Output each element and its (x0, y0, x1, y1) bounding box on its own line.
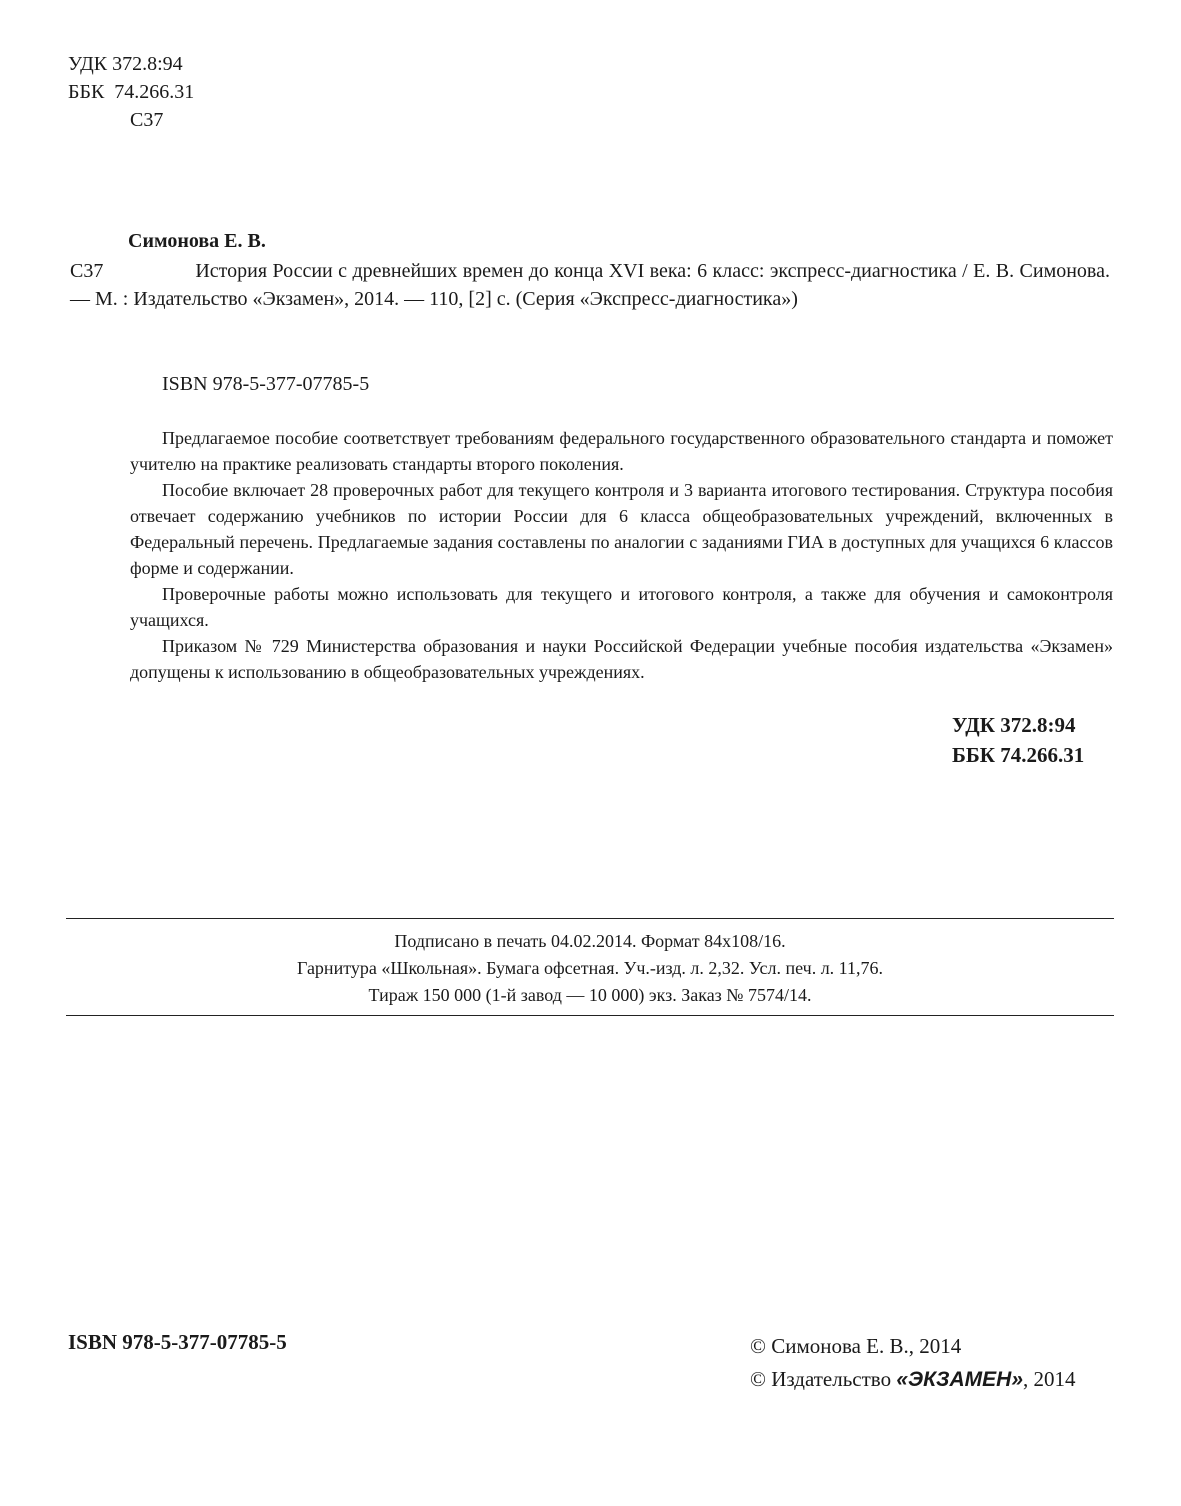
imprint-line: Гарнитура «Школьная». Бумага офсетная. У… (66, 955, 1114, 982)
bbk-code-bold: ББК 74.266.31 (952, 740, 1084, 770)
copyright-publisher: © Издательство «ЭКЗАМЕН», 2014 (750, 1363, 1076, 1396)
annotation: Предлагаемое пособие соответствует требо… (130, 425, 1113, 685)
record-description: История России с древнейших времен до ко… (70, 260, 1110, 310)
isbn-record: ISBN 978-5-377-07785-5 (162, 373, 369, 396)
classification-codes-top: УДК 372.8:94 ББК 74.266.31 С37 (68, 50, 194, 134)
copyright-author: © Симонова Е. В., 2014 (750, 1330, 1076, 1363)
bbk-code: ББК 74.266.31 (68, 78, 194, 106)
annotation-paragraph: Пособие включает 28 проверочных работ дл… (130, 477, 1113, 581)
publisher-brand: «ЭКЗАМЕН» (896, 1368, 1023, 1391)
imprint-block: Подписано в печать 04.02.2014. Формат 84… (66, 928, 1114, 1009)
divider-bottom (66, 1015, 1114, 1016)
isbn-footer: ISBN 978-5-377-07785-5 (68, 1330, 287, 1355)
author-heading: Симонова Е. В. (128, 230, 266, 253)
imprint-line: Подписано в печать 04.02.2014. Формат 84… (66, 928, 1114, 955)
imprint-line: Тираж 150 000 (1-й завод — 10 000) экз. … (66, 982, 1114, 1009)
copyright-block: © Симонова Е. В., 2014 © Издательство «Э… (750, 1330, 1076, 1396)
udk-code: УДК 372.8:94 (68, 50, 194, 78)
annotation-paragraph: Проверочные работы можно использовать дл… (130, 581, 1113, 633)
record-author-mark: С37 (70, 260, 103, 282)
bibliographic-description: С37История России с древнейших времен до… (70, 257, 1110, 313)
divider-top (66, 918, 1114, 919)
annotation-paragraph: Приказом № 729 Министерства образования … (130, 633, 1113, 685)
udk-code-bold: УДК 372.8:94 (952, 710, 1084, 740)
annotation-paragraph: Предлагаемое пособие соответствует требо… (130, 425, 1113, 477)
classification-codes-right: УДК 372.8:94 ББК 74.266.31 (952, 710, 1084, 770)
author-mark: С37 (68, 106, 194, 134)
